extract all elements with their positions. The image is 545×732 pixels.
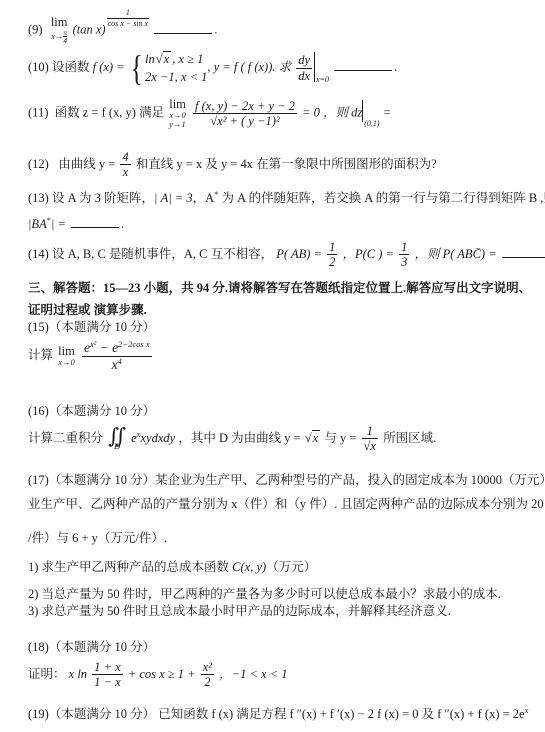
q16-radical-1: √ bbox=[305, 431, 312, 445]
q12-den: x bbox=[120, 164, 130, 179]
q18-domain: ，−1 < x < 1 bbox=[219, 667, 287, 681]
q10-period: . bbox=[394, 60, 397, 74]
q18-frac-2: x²2 bbox=[201, 660, 214, 690]
q16-text-4: 所围区域. bbox=[383, 431, 436, 445]
q13-text-1c: 为 A 的伴随矩阵，若交换 A 的第一行与第二行得到矩阵 B ,则 bbox=[222, 191, 545, 205]
q10-case1-ln: ln bbox=[145, 52, 155, 66]
q10-answer-blank bbox=[334, 57, 392, 71]
q13-BA: |BA bbox=[28, 217, 47, 231]
q10-radicand: x bbox=[163, 51, 172, 66]
q11-lim-word: lim bbox=[169, 98, 186, 111]
q11-text-2: = 0 ，则 dz bbox=[302, 105, 362, 119]
q10-eval-bar: x=0 bbox=[314, 52, 329, 84]
q14-c-bar: C̄ bbox=[473, 247, 481, 261]
q14-label: (14) bbox=[28, 247, 49, 261]
q10-radical-sign: √ bbox=[156, 52, 163, 66]
q16-sqrt-x: √x bbox=[305, 431, 320, 446]
q13-star-1: * bbox=[214, 189, 218, 199]
q12-num: 4 bbox=[120, 150, 130, 164]
q11-equals: = bbox=[383, 105, 391, 119]
q14-pab: P( AB) = bbox=[276, 247, 322, 261]
q10-text-2: , y = f ( f (x)). 求 bbox=[207, 60, 291, 74]
q17-item2-text: 2) 当总产量为 50 件时，甲乙两种的产量各为多少时可以使总成本最小？求最小的… bbox=[28, 587, 501, 601]
q15-e2: − e bbox=[100, 340, 118, 355]
q15-e2-exp: 2−2cos x bbox=[118, 339, 149, 349]
q13-answer-blank bbox=[71, 214, 119, 228]
question-14: (14) 设 A, B, C 是随机事件，A, C 互不相容， P( AB) =… bbox=[28, 240, 545, 270]
section-3-line2: 演算步骤. bbox=[94, 303, 147, 317]
q17-line3-text: /件）与 6 + y（万元/件）. bbox=[28, 531, 167, 545]
q13-absA: | A| = 3 bbox=[154, 191, 193, 205]
q17-item1-text: 1) 求生产甲乙两种产品的总成本函数 bbox=[28, 560, 232, 574]
q15-calc: 计算 bbox=[28, 348, 53, 362]
q17-line2-text: 业生产甲、乙两种产品的产量分别为 x（件）和（y 件）. 且固定两种产品的边际成… bbox=[28, 497, 545, 511]
q10-derivative: dydx bbox=[296, 53, 312, 83]
question-18-label: (18)（本题满分 10 分） bbox=[28, 637, 155, 655]
q15-e1-exp: x² bbox=[90, 339, 96, 349]
q11-limit: limx→0y→1 bbox=[169, 98, 186, 129]
q18-f2-den: 2 bbox=[201, 674, 214, 689]
q9-period: . bbox=[214, 23, 217, 37]
q15-numerator: ex² − e2−2cos x bbox=[82, 340, 152, 356]
q10-case1-cond: , x ≥ 1 bbox=[172, 52, 203, 66]
q14-text-1: 设 A, B, C 是随机事件，A, C 互不相容， bbox=[52, 247, 273, 261]
q9-label: (9) bbox=[28, 23, 43, 37]
question-15-label: (15)（本题满分 10 分） bbox=[28, 317, 155, 335]
q16-radicand-2: x bbox=[370, 438, 376, 453]
question-17-item3: 3) 求总产量为 50 件时且总成本最小时甲产品的边际成本，并解释其经济意义. bbox=[28, 601, 451, 619]
q15-lim-sub: x→0 bbox=[58, 358, 75, 367]
q9-exp-den: cos x − sin x bbox=[107, 18, 150, 29]
q14-text-3: ，则 P( AB bbox=[414, 247, 472, 261]
q12-label: (12) bbox=[28, 157, 49, 171]
q13-text-1a: 设 A 为 3 阶矩阵， bbox=[52, 191, 154, 205]
q9-lim-sub: x→π4 bbox=[51, 29, 68, 45]
q9-exponent: 1cos x − sin x bbox=[107, 8, 150, 28]
q10-piecewise: {ln√x, x ≥ 12x −1, x < 1 bbox=[128, 50, 208, 86]
q18-f1-den: 1 − x bbox=[92, 674, 122, 689]
q18-mid: + cos x ≥ 1 + bbox=[128, 667, 196, 681]
q9-four: 4 bbox=[63, 36, 67, 45]
q11-eval-sub: (0,1) bbox=[364, 119, 379, 128]
q14-f2-num: 1 bbox=[399, 240, 409, 254]
q10-text-1: 设函数 bbox=[52, 60, 90, 74]
q11-numerator: f (x, y) − 2x + y − 2 bbox=[193, 99, 297, 113]
q18-f1-num: 1 + x bbox=[92, 660, 122, 674]
q19-e-exp: x bbox=[525, 705, 529, 715]
question-17-line3: /件）与 6 + y（万元/件）. bbox=[28, 528, 167, 546]
q14-answer-blank bbox=[502, 244, 545, 258]
question-9: (9) limx→π4 (tan x)1cos x − sin x . bbox=[28, 8, 217, 45]
q10-fx: f (x) = bbox=[93, 60, 125, 74]
question-16-formula: 计算二重积分 ∬D exxydxdy ，其中 D 为由曲线 y = √x 与 y… bbox=[28, 424, 436, 454]
question-17-line2: 业生产甲、乙两种产品的产量分别为 x（件）和（y 件）. 且固定两种产品的边际成… bbox=[28, 490, 545, 520]
q14-text-4: ) = bbox=[481, 247, 497, 261]
q19-label: (19)（本题满分 10 分） bbox=[28, 707, 155, 721]
q10-cases: ln√x, x ≥ 12x −1, x < 1 bbox=[145, 50, 207, 86]
q12-text-1: 由曲线 y = bbox=[58, 157, 115, 171]
q16-frac-num: 1 bbox=[362, 424, 378, 438]
question-11: (11) 函数 z = f (x, y) 满足 limx→0y→1 f (x, … bbox=[28, 98, 391, 129]
section-3-heading: 三、解答题：15—23 小题，共 94 分.请将解答写在答题纸指定位置上.解答应… bbox=[28, 277, 533, 321]
q18-frac-1: 1 + x1 − x bbox=[92, 660, 122, 690]
q16-label: (16)（本题满分 10 分） bbox=[28, 404, 155, 418]
q13-line2-eq: | = bbox=[51, 217, 66, 231]
q18-label: (18)（本题满分 10 分） bbox=[28, 640, 155, 654]
q14-frac-third: 13 bbox=[399, 240, 409, 270]
q11-eval-bar: (0,1) bbox=[362, 100, 379, 128]
q11-text-1: 函数 z = f (x, y) 满足 bbox=[55, 105, 164, 119]
q9-exp-num: 1 bbox=[126, 8, 130, 17]
q9-limit: limx→π4 bbox=[51, 16, 68, 45]
q16-frac-den: √x bbox=[362, 438, 378, 453]
q15-label: (15)（本题满分 10 分） bbox=[28, 320, 155, 334]
q13-label: (13) bbox=[28, 191, 49, 205]
q16-integrand: exxydxdy bbox=[131, 431, 175, 445]
question-17-line1: (17)（本题满分 10 分）某企业为生产甲、乙两种型号的产品，投入的固定成本为… bbox=[28, 470, 545, 488]
question-17-item1: 1) 求生产甲乙两种产品的总成本函数 C(x, y)（万元） bbox=[28, 557, 316, 575]
q10-dx: dx bbox=[296, 68, 312, 83]
q10-eval-line bbox=[314, 52, 315, 82]
question-10: (10) 设函数 f (x) = {ln√x, x ≥ 12x −1, x < … bbox=[28, 50, 397, 86]
q10-brace: { bbox=[130, 53, 142, 84]
q15-denominator: x4 bbox=[82, 356, 152, 373]
q19-text: 已知函数 f (x) 满足方程 f ″(x) + f ′(x) − 2 f (x… bbox=[158, 707, 524, 721]
q11-denominator: √x² + ( y −1)² bbox=[193, 113, 297, 128]
question-13-line1: (13) 设 A 为 3 阶矩阵，| A| = 3，A* 为 A 的伴随矩阵，若… bbox=[28, 188, 545, 206]
q9-answer-blank bbox=[154, 20, 212, 34]
q9-lim-sub-pre: x→ bbox=[51, 31, 63, 41]
q12-fraction: 4x bbox=[120, 150, 130, 180]
q10-dy: dy bbox=[296, 53, 312, 67]
question-15-formula: 计算 limx→0 ex² − e2−2cos xx4 bbox=[28, 340, 154, 372]
q15-fraction: ex² − e2−2cos xx4 bbox=[82, 340, 152, 372]
q10-label: (10) bbox=[28, 60, 49, 74]
q10-sqrt: √x bbox=[156, 50, 171, 68]
q17-line1-text: (17)（本题满分 10 分）某企业为生产甲、乙两种型号的产品，投入的固定成本为… bbox=[28, 473, 545, 487]
q11-lim-sub2: y→1 bbox=[169, 120, 186, 129]
q16-text-3: 与 y = bbox=[324, 431, 356, 445]
q11-fraction: f (x, y) − 2x + y − 2√x² + ( y −1)² bbox=[193, 99, 297, 129]
q9-base: (tan x) bbox=[73, 23, 106, 37]
q16-double-integral: ∬D bbox=[108, 427, 126, 451]
q10-case-2: 2x −1, x < 1 bbox=[145, 68, 207, 86]
q14-frac-half: 12 bbox=[327, 240, 337, 270]
q16-calc: 计算二重积分 bbox=[28, 431, 103, 445]
question-19: (19)（本题满分 10 分） 已知函数 f (x) 满足方程 f ″(x) +… bbox=[28, 704, 528, 722]
q18-xln: x ln bbox=[69, 667, 87, 681]
q17-item1-unit: （万元） bbox=[266, 560, 316, 574]
q12-text-2: 和直线 y = x 及 y = 4x 在第一象限中所围图形的面积为? bbox=[136, 157, 437, 171]
q17-item1-cxy: C(x, y) bbox=[232, 560, 266, 574]
q11-label: (11) bbox=[28, 105, 48, 119]
q14-f1-num: 1 bbox=[327, 240, 337, 254]
q13-period: . bbox=[121, 217, 124, 231]
q11-radicand: x² + ( y −1)² bbox=[217, 113, 280, 128]
q13-text-1b: ，A bbox=[193, 191, 215, 205]
q15-lim-word: lim bbox=[58, 345, 75, 358]
q18-prove: 证明： bbox=[28, 667, 66, 681]
q10-case-1: ln√x, x ≥ 1 bbox=[145, 50, 207, 68]
question-13-line2: |BA*| = . bbox=[28, 214, 124, 232]
question-17-item2: 2) 当总产量为 50 件时，甲乙两种的产量各为多少时可以使总成本最小？求最小的… bbox=[28, 584, 501, 602]
q9-pi-over-4: π4 bbox=[63, 29, 67, 45]
q14-f1-den: 2 bbox=[327, 254, 337, 269]
q15-den-exp: 4 bbox=[118, 356, 122, 366]
q14-text-2: ，P(C ) = bbox=[342, 247, 393, 261]
q16-radicand-1: x bbox=[312, 430, 321, 445]
q18-f2-num: x² bbox=[201, 660, 214, 674]
q17-item3-text: 3) 求总产量为 50 件时且总成本最小时甲产品的边际成本，并解释其经济意义. bbox=[28, 604, 451, 618]
question-12: (12) 由曲线 y = 4x 和直线 y = x 及 y = 4x 在第一象限… bbox=[28, 150, 437, 180]
question-18-formula: 证明： x ln 1 + x1 − x + cos x ≥ 1 + x²2 ，−… bbox=[28, 660, 288, 690]
question-16-label: (16)（本题满分 10 分） bbox=[28, 401, 155, 419]
q16-one-over-sqrt-x: 1√x bbox=[362, 424, 378, 454]
q15-limit: limx→0 bbox=[58, 345, 75, 367]
q10-eval-sub: x=0 bbox=[316, 75, 329, 84]
q14-f2-den: 3 bbox=[399, 254, 409, 269]
q16-xydxdy: xydxdy bbox=[141, 431, 176, 445]
q16-text-2: ，其中 D 为由曲线 y = bbox=[178, 431, 300, 445]
